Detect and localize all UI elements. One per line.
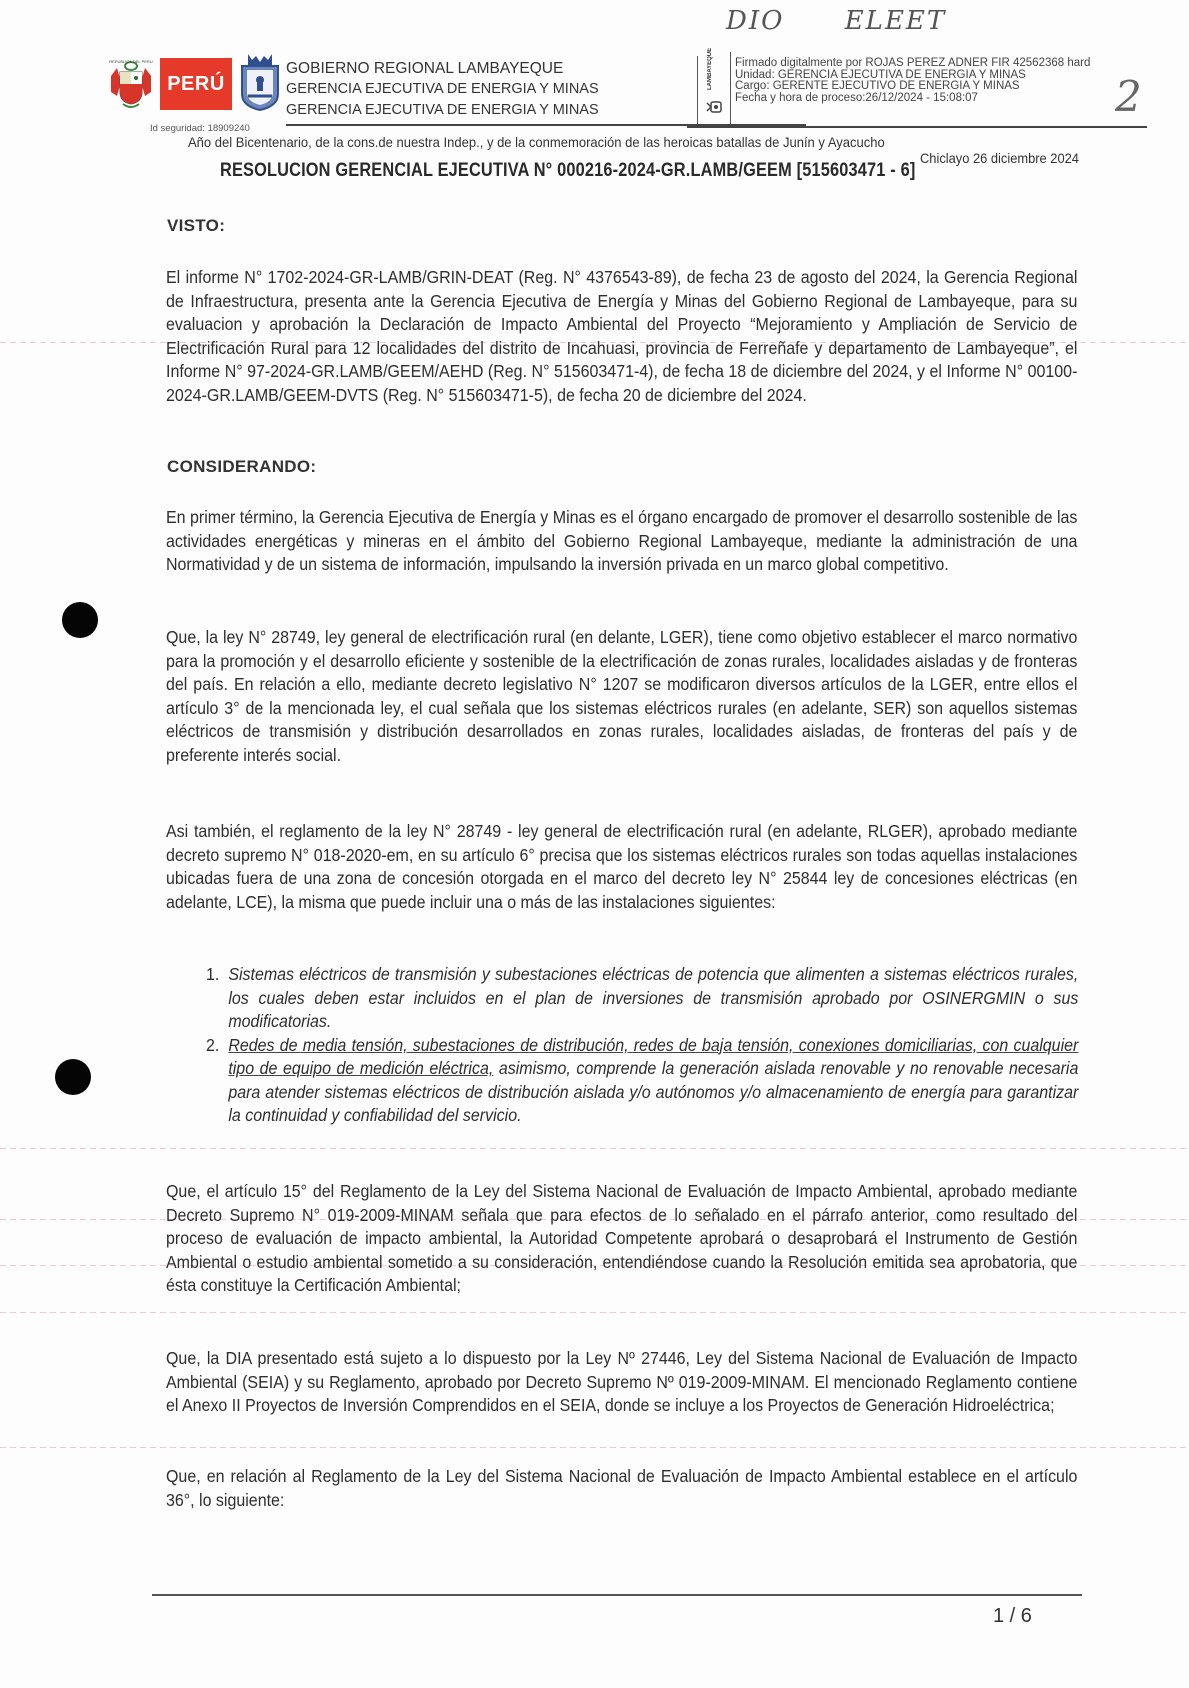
page-number: 1 / 6 bbox=[993, 1605, 1032, 1628]
considerando-paragraph: Que, el artículo 15° del Reglamento de l… bbox=[166, 1180, 1077, 1298]
security-id: Id seguridad: 18909240 bbox=[150, 123, 250, 134]
scan-artifact-line bbox=[0, 1312, 1189, 1313]
regional-shield-icon bbox=[238, 50, 282, 112]
signature-vertical-label: LAMBAYEQUE bbox=[707, 54, 721, 90]
peru-brand-logo: PERÚ bbox=[160, 58, 232, 110]
signature-line: Firmado digitalmente por ROJAS PEREZ ADN… bbox=[735, 58, 1090, 70]
list-item: 1. Sistemas eléctricos de transmisión y … bbox=[206, 963, 1078, 1034]
signature-line: Cargo: GERENTE EJECUTIVO DE ENERGIA Y MI… bbox=[735, 81, 1090, 93]
document-page: DIO ELEET 2 REPUBLICA DEL PERU PERÚ GO bbox=[0, 0, 1189, 1688]
punch-hole bbox=[55, 1059, 91, 1095]
handwritten-word: ELEET bbox=[845, 6, 947, 36]
org-name-line: GERENCIA EJECUTIVA DE ENERGIA Y MINAS bbox=[286, 79, 599, 100]
letterhead: REPUBLICA DEL PERU PERÚ GOBIERNO REGIONA… bbox=[105, 50, 1135, 128]
list-number: 2. bbox=[206, 1034, 219, 1058]
punch-hole bbox=[62, 602, 98, 638]
signature-seal-icon bbox=[706, 99, 724, 115]
considerando-paragraph: En primer término, la Gerencia Ejecutiva… bbox=[166, 506, 1077, 577]
considerando-heading: CONSIDERANDO: bbox=[167, 457, 316, 477]
scan-artifact-line bbox=[0, 1447, 1189, 1448]
digital-signature-block: LAMBAYEQUE Firmado digitalmente por ROJA… bbox=[697, 52, 1137, 122]
peru-coat-of-arms-icon: REPUBLICA DEL PERU bbox=[107, 58, 155, 112]
handwritten-word: DIO bbox=[726, 6, 784, 36]
svg-text:REPUBLICA DEL PERU: REPUBLICA DEL PERU bbox=[109, 59, 153, 64]
signature-line: Fecha y hora de proceso:26/12/2024 - 15:… bbox=[735, 93, 1090, 105]
org-name-line: GOBIERNO REGIONAL LAMBAYEQUE bbox=[286, 58, 599, 79]
org-name-line: GERENCIA EJECUTIVA DE ENERGIA Y MINAS bbox=[286, 100, 599, 121]
header-divider bbox=[687, 126, 1147, 128]
list-item-text: Sistemas eléctricos de transmisión y sub… bbox=[228, 964, 1078, 1031]
visto-heading: VISTO: bbox=[167, 216, 225, 236]
visto-paragraph: El informe N° 1702-2024-GR-LAMB/GRIN-DEA… bbox=[166, 266, 1077, 407]
resolution-title: RESOLUCION GERENCIAL EJECUTIVA N° 000216… bbox=[220, 160, 915, 182]
considerando-paragraph: Asi también, el reglamento de la ley N° … bbox=[166, 820, 1077, 914]
considerando-paragraph: Que, en relación al Reglamento de la Ley… bbox=[166, 1465, 1077, 1512]
list-number: 1. bbox=[206, 963, 219, 987]
place-date: Chiclayo 26 diciembre 2024 bbox=[920, 150, 1079, 166]
signature-divider bbox=[730, 52, 731, 124]
scan-artifact-line bbox=[0, 1148, 1189, 1149]
installations-list: 1. Sistemas eléctricos de transmisión y … bbox=[206, 963, 1078, 1128]
signature-divider bbox=[697, 56, 698, 124]
footer-divider bbox=[152, 1594, 1082, 1596]
list-item: 2. Redes de media tensión, subestaciones… bbox=[206, 1034, 1078, 1128]
organization-name-block: GOBIERNO REGIONAL LAMBAYEQUE GERENCIA EJ… bbox=[286, 58, 599, 121]
considerando-paragraph: Que, la DIA presentado está sujeto a lo … bbox=[166, 1347, 1077, 1418]
considerando-paragraph: Que, la ley N° 28749, ley general de ele… bbox=[166, 626, 1077, 767]
year-motto: Año del Bicentenario, de la cons.de nues… bbox=[188, 134, 885, 150]
handwritten-annotation: DIO ELEET bbox=[726, 6, 946, 36]
signature-details: Firmado digitalmente por ROJAS PEREZ ADN… bbox=[735, 58, 1090, 104]
